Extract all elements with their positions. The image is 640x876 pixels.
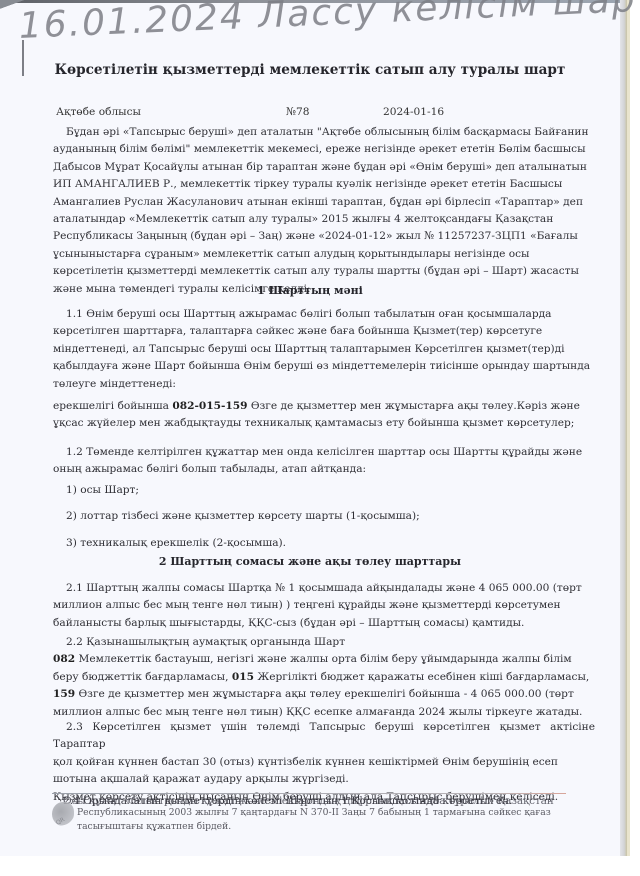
clause-line: 159 Өзге де қызметтер мен жұмыстарға ақы… [53,686,595,703]
clause-line: төлеуге міндеттенеді: [53,376,595,393]
clause-line: миллион алпыс бес мың тенге нөл тиын) ) … [53,597,595,614]
spec-prefix: ерекшелігі бойынша [53,400,172,412]
clause-line: қабылдауға және Шарт бойынша Өнім беруші… [53,358,595,375]
notice-line: тасығыштағы құжатпен бірдей. [77,820,551,834]
specification-text: ерекшелігі бойынша 082-015-159 Өзге де қ… [53,398,595,433]
e-signature-notice: Республикасының 2003 жылғы 7 қаңтардағы … [77,806,551,833]
clause-line: шотына ақшалай қаражат аудару арқылы жүр… [53,771,595,788]
document-title: Көрсетілетін қызметтерді мемлекеттік сат… [0,62,620,78]
preamble-line: аталатындар «Мемлекеттік сатып алу турал… [53,211,595,228]
scan-right-edge [620,0,627,870]
clause-line: беру бюджеттік бағдарламасы, 015 Жергілі… [53,669,595,686]
spec-line-2: ұқсас жүйелер мен жабдықтауды техникалық… [53,415,595,432]
preamble-line: ауданының білім бөлімі" мемлекеттік меке… [53,141,595,158]
section-2-heading: 2 Шарттың сомасы және ақы төлеу шарттары [0,555,620,568]
clause-text: беру бюджеттік бағдарламасы, [53,671,232,683]
clause-text: Жергілікті бюджет қаражаты есебінен кіші… [254,671,589,683]
spec-code: 082-015-159 [172,400,247,412]
preamble-line: Бұдан әрі «Тапсырыс беруші» деп аталатын… [53,124,595,141]
document-region: Ақтөбе облысы [56,106,141,118]
clause-line: қол қойған күннен бастап 30 (отыз) күнті… [53,754,595,771]
document-list-item-1: 1) осы Шарт; [53,482,595,499]
clause-1-2: 1.2 Төменде келтірілген құжаттар мен онд… [53,444,595,479]
clause-text: Өзге де қызметтер мен жұмыстарға ақы төл… [75,688,574,700]
budget-code-159: 159 [53,688,75,700]
document-date: 2024-01-16 [383,106,444,118]
clause-line: 1.2 Төменде келтірілген құжаттар мен онд… [53,444,595,461]
preamble-line: Амангалиев Руслан Жасуланович атынан екі… [53,194,595,211]
document-list-item-2: 2) лоттар тізбесі және қызметтер көрсету… [53,508,595,525]
scan-right-margin [627,0,630,870]
clause-line: 1.1 Өнім беруші осы Шарттың ажырамас бөл… [53,306,595,323]
clause-line: көрсетілген шарттарға, талаптарға сәйкес… [53,323,595,340]
clause-line: міндеттенеді, ал Тапсырыс беруші осы Шар… [53,341,595,358]
scan-bottom-margin [0,856,640,876]
preamble: Бұдан әрі «Тапсырыс беруші» деп аталатын… [53,124,595,298]
spec-line: ерекшелігі бойынша 082-015-159 Өзге де қ… [53,398,595,415]
preamble-line: Республикасы Заңының (бұдан әрі – Заң) ж… [53,228,595,245]
document-number: №78 [286,106,310,118]
footer-divider [52,793,566,794]
clause-text: Мемлекеттік бастауыш, негізгі және жалпы… [75,653,572,665]
section-1-heading: 1 Шарттың мәні [0,284,620,297]
budget-code-082: 082 [53,653,75,665]
clause-line: 082 Мемлекеттік бастауыш, негізгі және ж… [53,651,595,668]
clause-line: 2.2 Қазынашылықтың аумақтық органында Ша… [53,634,595,651]
spec-rest: Өзге де қызметтер мен жұмыстарға ақы төл… [247,400,579,412]
preamble-line: ИП АМАНГАЛИЕВ Р., мемлекеттік тіркеу тур… [53,176,595,193]
clause-line: оның ажырамас бөлігі болып табылады, ата… [53,461,595,478]
clause-1-1: 1.1 Өнім беруші осы Шарттың ажырамас бөл… [53,306,595,393]
preamble-line: Дабысов Мұрат Қосайұлы атынан бір тарапт… [53,159,595,176]
preamble-line: ұсыныныстарға сұраным» мемлекеттік сатып… [53,246,595,263]
clause-2-2: 2.2 Қазынашылықтың аумақтық органында Ша… [53,634,595,721]
preamble-line: көрсетілетін қызметтерді мемлекеттік сат… [53,263,595,280]
clause-line: байланысты барлық шығыстарды, ҚҚС-сыз (б… [53,615,595,632]
clause-line: 2.1 Шарттың жалпы сомасы Шартқа № 1 қосы… [53,580,595,597]
clause-line: 2.3 Көрсетілген қызмет үшін төлемді Тапс… [53,719,595,754]
clause-2-1: 2.1 Шарттың жалпы сомасы Шартқа № 1 қосы… [53,580,595,632]
budget-code-015: 015 [232,671,254,683]
document-list-item-3: 3) техникалық ерекшелік (2-қосымша). [53,535,595,552]
notice-line: Республикасының 2003 жылғы 7 қаңтардағы … [77,806,551,820]
